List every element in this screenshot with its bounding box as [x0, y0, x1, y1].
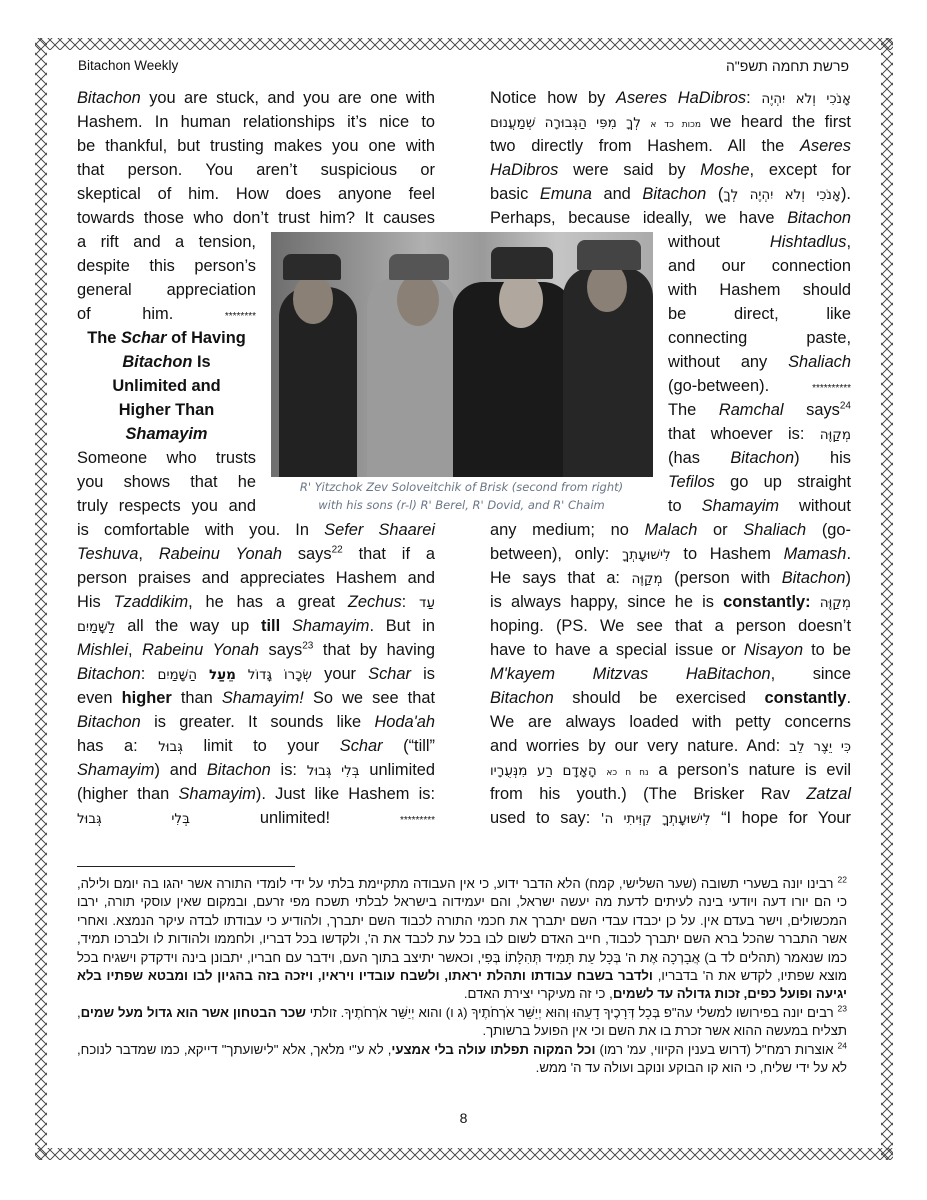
right-column-narrow-text: without Hishtadlus,and our connectionwit… — [668, 230, 851, 518]
body-line-with-separator: בְּלִי גְּבוּל unlimited! ********* — [77, 806, 435, 830]
body-line: (go-between). ********** — [668, 374, 851, 398]
body-line: (higher than Shamayim). Just like Hashem… — [77, 782, 435, 806]
caption-line-1: R' Yitzchok Zev Soloveitchik of Brisk (s… — [265, 478, 658, 496]
body-line: person praises and appreciates Hashem an… — [77, 566, 435, 590]
body-line: you shows that he — [77, 470, 256, 494]
body-line: that person. You aren’t suspicious or — [77, 158, 435, 182]
body-line: even higher than Shamayim! So we see tha… — [77, 686, 435, 710]
body-line: any medium; no Malach or Shaliach (go- — [490, 518, 851, 542]
body-line: (has Bitachon) his — [668, 446, 851, 470]
publication-title: Bitachon Weekly — [78, 58, 178, 73]
footnote-number: 22 — [838, 875, 847, 885]
body-line: HaDibros were said by Moshe, except for — [490, 158, 851, 182]
hat-4 — [577, 240, 641, 270]
footnote-23: 23 רבים יונה בפירושו למשלי עה"פ בְּכָל ד… — [77, 1004, 847, 1041]
section-heading-line: Higher Than — [77, 398, 256, 422]
border-left — [35, 38, 47, 1160]
hat-2 — [389, 254, 449, 280]
body-line: between), only: לִישׁוּעָתְךָ to Hashem … — [490, 542, 851, 566]
body-line: Bitachon is greater. It sounds like Hoda… — [77, 710, 435, 734]
section-heading-line: The Schar of Having — [77, 326, 256, 350]
body-line: Bitachon: שְׂכָרוֹ גָּדוֹל מֵעַל הַשָּׁמ… — [77, 662, 435, 686]
face-1 — [293, 274, 333, 324]
body-line: We are always loaded with petty concerns — [490, 710, 851, 734]
body-line: that whoever is: מְקַוֶּה — [668, 422, 851, 446]
section-heading-line: Bitachon Is — [77, 350, 256, 374]
left-column-top-text: Bitachon you are stuck, and you are one … — [77, 86, 435, 230]
body-line: be thankful, but trusting makes you one … — [77, 134, 435, 158]
body-line: without Hishtadlus, — [668, 230, 851, 254]
footnote-number: 23 — [838, 1003, 847, 1013]
photo-soloveitchik-family — [271, 232, 653, 477]
page-number: 8 — [0, 1110, 927, 1126]
body-line: Bitachon you are stuck, and you are one … — [77, 86, 435, 110]
body-line: Teshuva, Rabeinu Yonah says22 that if a — [77, 542, 435, 566]
body-line: Tefilos go up straight — [668, 470, 851, 494]
body-line: used to say: לִישׁוּעָתְךָ קִוִּיתִי ה' … — [490, 806, 851, 830]
body-line: He says that a: מְקַוֶּה (person with Bi… — [490, 566, 851, 590]
body-line: Mishlei, Rabeinu Yonah says23 that by ha… — [77, 638, 435, 662]
caption-line-2: with his sons (r-l) R' Berel, R' Dovid, … — [265, 496, 658, 514]
body-line: is comfortable with you. In Sefer Shaare… — [77, 518, 435, 542]
face-3 — [499, 272, 543, 328]
body-line: Bitachon should be exercised constantly. — [490, 686, 851, 710]
parsha-title: פרשת תחמה תשפ"ה — [726, 58, 849, 74]
body-line: a rift and a tension, — [77, 230, 256, 254]
body-line-with-separator: of him. ******** — [77, 302, 256, 326]
right-column-bottom-text: any medium; no Malach or Shaliach (go-be… — [490, 518, 851, 830]
body-line: without any Shaliach — [668, 350, 851, 374]
face-2 — [397, 274, 439, 326]
body-line: from his youth.) (The Brisker Rav Zatzal — [490, 782, 851, 806]
body-line: לְךָ מִפִּי הַגְּבוּרָה שְׁמַעֲנוּם מכות… — [490, 110, 851, 134]
border-top — [35, 38, 893, 50]
body-line: skeptical of him. How does anyone feel — [77, 182, 435, 206]
right-column-top-text: Notice how by Aseres HaDibros: אָנֹכִי ו… — [490, 86, 851, 230]
body-line: Hashem. In human relationships it’s nice… — [77, 110, 435, 134]
border-bottom — [35, 1148, 893, 1160]
body-line: truly respects you and — [77, 494, 256, 518]
footnote-separator — [77, 866, 295, 867]
body-line: and our connection — [668, 254, 851, 278]
hat-1 — [283, 254, 341, 280]
body-line: to Shamayim without — [668, 494, 851, 518]
body-line: with Hashem should — [668, 278, 851, 302]
body-line: and worries by our very nature. And: כִּ… — [490, 734, 851, 758]
left-column-narrow-text: a rift and a tension,despite this person… — [77, 230, 256, 518]
body-line: despite this person’s — [77, 254, 256, 278]
photo-caption: R' Yitzchok Zev Soloveitchik of Brisk (s… — [265, 478, 658, 514]
border-right — [881, 38, 893, 1160]
body-line: The Ramchal says24 — [668, 398, 851, 422]
body-line: הָאָדָם רַע מִנְּעֻרָיו נח ח כא a person… — [490, 758, 851, 782]
hat-3 — [491, 247, 553, 279]
body-line: connecting paste, — [668, 326, 851, 350]
body-line: towards those who don’t trust him? It ca… — [77, 206, 435, 230]
body-line: two directly from Hashem. All the Aseres — [490, 134, 851, 158]
body-line: Notice how by Aseres HaDibros: אָנֹכִי ו… — [490, 86, 851, 110]
body-line: M'kayem Mitzvas HaBitachon, since — [490, 662, 851, 686]
body-line: general appreciation — [77, 278, 256, 302]
footnote-22: 22 רבינו יונה בשערי תשובה (שער השלישי, ק… — [77, 875, 847, 1004]
left-column-bottom-text: is comfortable with you. In Sefer Shaare… — [77, 518, 435, 830]
body-line: be direct, like — [668, 302, 851, 326]
body-line: Perhaps, because ideally, we have Bitach… — [490, 206, 851, 230]
body-line: Someone who trusts — [77, 446, 256, 470]
body-line: has a: גְּבוּל limit to your Schar (“til… — [77, 734, 435, 758]
footnote-24: 24 אוצרות רמח"ל (דרוש בענין הקיווי, עמ' … — [77, 1041, 847, 1078]
body-line: hoping. (PS. We see that a person doesn’… — [490, 614, 851, 638]
body-line: basic Emuna and Bitachon (אָנֹכִי וְלֹא … — [490, 182, 851, 206]
body-line: Shamayim) and Bitachon is: בְּלִי גְּבוּ… — [77, 758, 435, 782]
footnotes: 22 רבינו יונה בשערי תשובה (שער השלישי, ק… — [77, 875, 847, 1077]
body-line: His Tzaddikim, he has a great Zechus: עַ… — [77, 590, 435, 614]
body-line: have to have a special issue or Nisayon … — [490, 638, 851, 662]
body-line: לַשָּׁמַיִם all the way up till Shamayim… — [77, 614, 435, 638]
footnote-number: 24 — [838, 1040, 847, 1050]
section-heading-line: Shamayim — [77, 422, 256, 446]
section-heading-line: Unlimited and — [77, 374, 256, 398]
body-line: is always happy, since he is constantly:… — [490, 590, 851, 614]
